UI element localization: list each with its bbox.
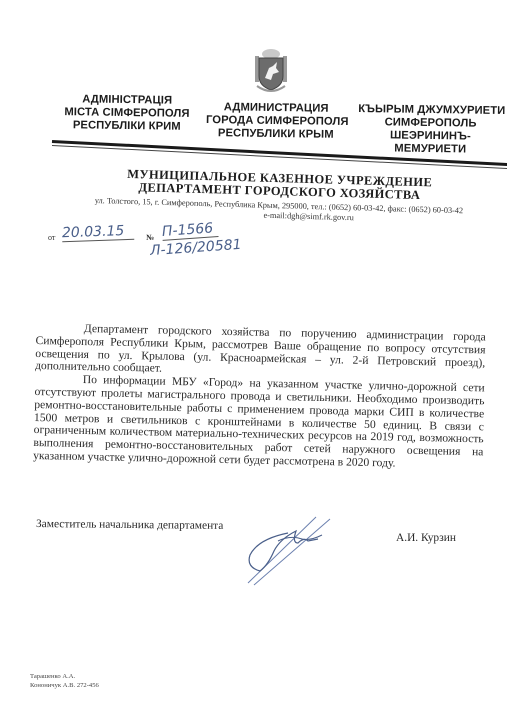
registration-date: 20.03.15 <box>62 223 135 243</box>
signatory-title: Заместитель начальника департамента <box>36 518 223 532</box>
letter-body: Департамент городского хозяйства по пору… <box>33 322 486 472</box>
organization-block: МУНИЦИПАЛЬНОЕ КАЗЕННОЕ УЧРЕЖДЕНИЕ ДЕПАРТ… <box>59 166 500 227</box>
executor: Тарашенко А.А. <box>30 672 99 681</box>
number-label: № <box>146 233 154 242</box>
body-paragraph: По информации МБУ «Город» на указанном у… <box>33 373 485 472</box>
header-line: РЕСПУБЛИКИ КРЫМ <box>206 127 346 142</box>
signatory-name: А.И. Курзин <box>396 532 456 544</box>
crimea-coat-of-arms-icon <box>251 48 291 94</box>
header-line: МЕМУРИЕТИ <box>358 142 503 157</box>
executor: Кононичук А.В. 272-456 <box>30 681 99 690</box>
header-russian: АДМИНИСТРАЦИЯ ГОРОДА СИМФЕРОПОЛЯ РЕСПУБЛ… <box>206 101 347 142</box>
registration-number: П-1566 <box>161 220 218 241</box>
executors-block: Тарашенко А.А. Кононичук А.В. 272-456 <box>30 672 99 690</box>
header-line: КЪЫРЫМ ДЖУМХУРИЕТИ <box>358 103 503 118</box>
header-crimean-tatar: КЪЫРЫМ ДЖУМХУРИЕТИ СИМФЕРОПОЛЬ ШЕЭРИНИНЪ… <box>358 103 504 157</box>
letter-page: АДМІНІСТРАЦІЯ МІСТА СІМФЕРОПОЛЯ РЕСПУБЛІ… <box>0 0 507 724</box>
date-label: от <box>48 233 55 242</box>
header-line: РЕСПУБЛІКИ КРИМ <box>62 119 192 134</box>
header-ukrainian: АДМІНІСТРАЦІЯ МІСТА СІМФЕРОПОЛЯ РЕСПУБЛІ… <box>62 93 193 134</box>
handwritten-signature-icon <box>238 505 348 590</box>
